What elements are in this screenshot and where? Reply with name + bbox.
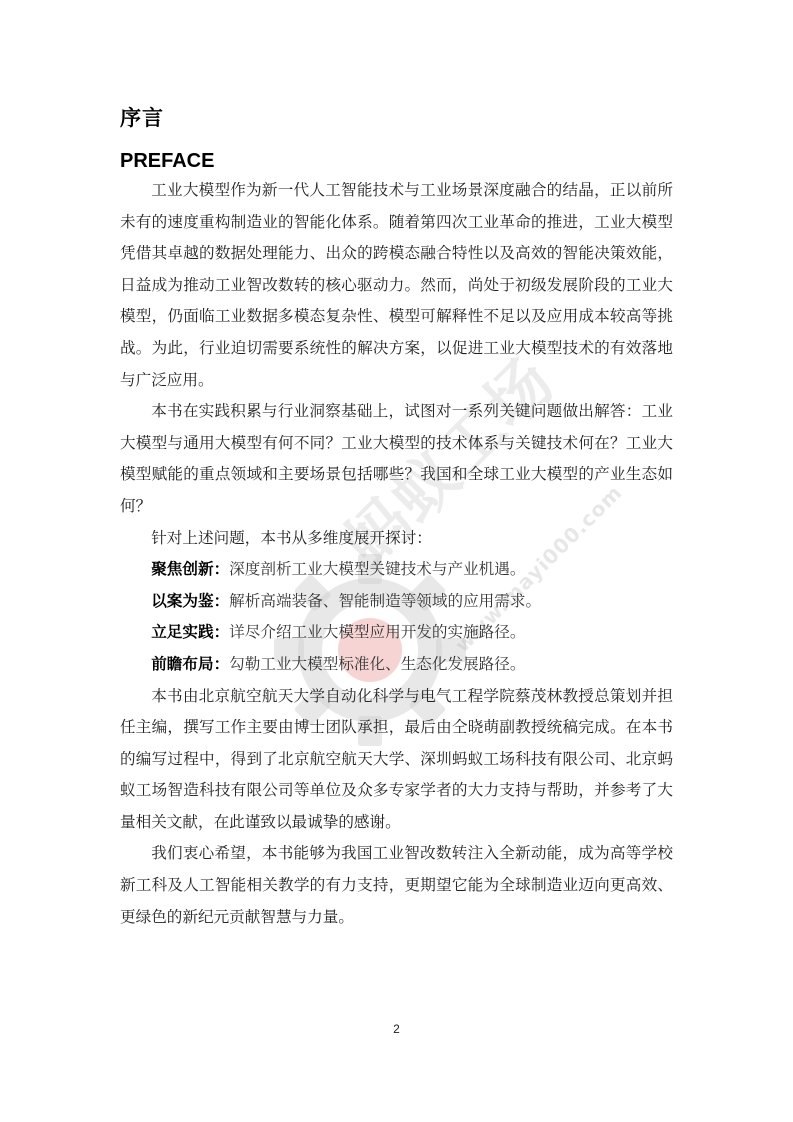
page-title-cn: 序言	[120, 104, 673, 132]
list-item-label: 聚焦创新：	[151, 560, 229, 578]
list-item-label: 立足实践：	[151, 623, 229, 641]
paragraph-questions: 本书在实践积累与行业洞察基础上，试图对一系列关键问题做出解答：工业大模型与通用大…	[120, 396, 673, 522]
paragraph-intro: 工业大模型作为新一代人工智能技术与工业场景深度融合的结晶，正以前所未有的速度重构…	[120, 175, 673, 396]
list-item-text: 解析高端装备、智能制造等领域的应用需求。	[229, 592, 541, 610]
document-page: 蚂蚁工场 www.mayi000.com 序言 PREFACE 工业大模型作为新…	[0, 0, 793, 1122]
paragraph-approach: 针对上述问题，本书从多维度展开探讨：	[120, 523, 673, 555]
list-item-text: 详尽介绍工业大模型应用开发的实施路径。	[229, 623, 525, 641]
list-item-text: 深度剖析工业大模型关键技术与产业机遇。	[229, 560, 525, 578]
list-item-practice: 立足实践：详尽介绍工业大模型应用开发的实施路径。	[120, 617, 673, 649]
paragraph-closing: 我们衷心希望，本书能够为我国工业智改数转注入全新动能，成为高等学校新工科及人工智…	[120, 838, 673, 933]
list-item-label: 以案为鉴：	[151, 592, 229, 610]
list-item-focus-innovation: 聚焦创新：深度剖析工业大模型关键技术与产业机遇。	[120, 554, 673, 586]
list-item-case-study: 以案为鉴：解析高端装备、智能制造等领域的应用需求。	[120, 586, 673, 618]
list-item-text: 勾勒工业大模型标准化、生态化发展路径。	[229, 655, 525, 673]
page-number: 2	[0, 1022, 793, 1036]
document-body: 工业大模型作为新一代人工智能技术与工业场景深度融合的结晶，正以前所未有的速度重构…	[120, 175, 673, 933]
page-content: 序言 PREFACE 工业大模型作为新一代人工智能技术与工业场景深度融合的结晶，…	[120, 100, 673, 933]
page-title-en: PREFACE	[120, 148, 673, 174]
paragraph-acknowledgements: 本书由北京航空航天大学自动化科学与电气工程学院蔡茂林教授总策划并担任主编，撰写工…	[120, 681, 673, 839]
list-item-outlook: 前瞻布局：勾勒工业大模型标准化、生态化发展路径。	[120, 649, 673, 681]
list-item-label: 前瞻布局：	[151, 655, 229, 673]
